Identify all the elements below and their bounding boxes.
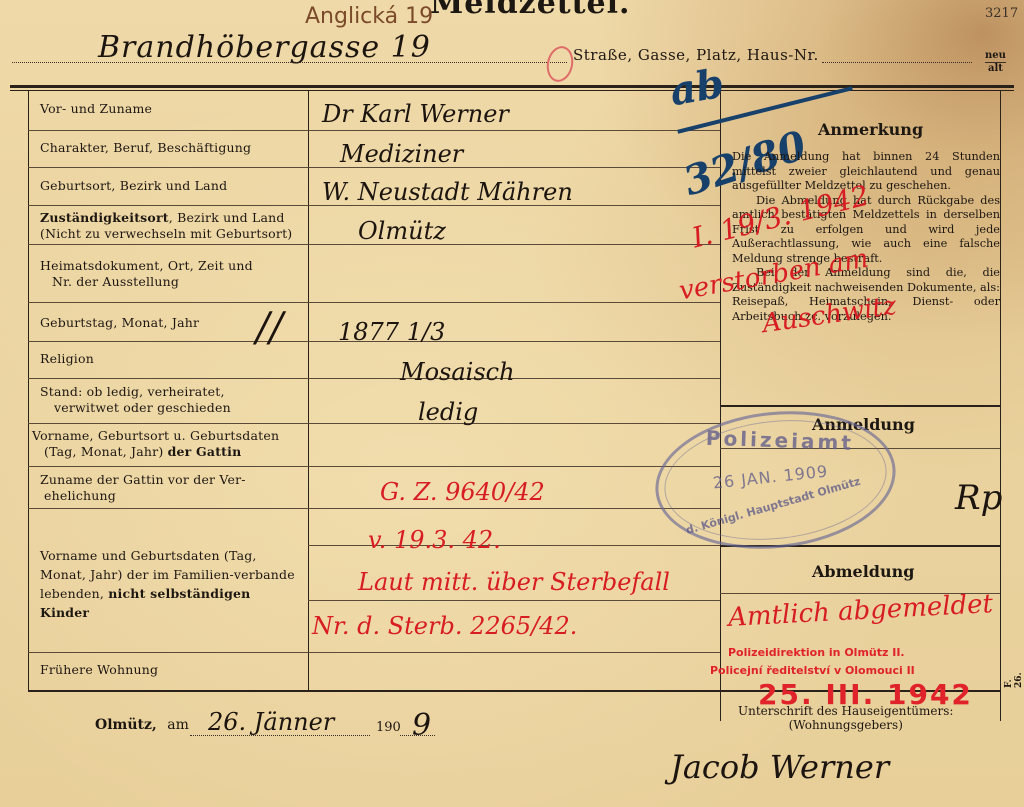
label-rest: , Bezirk und Land <box>169 210 285 225</box>
label-line1: Zuname der Gattin vor der Ver- <box>40 472 246 487</box>
footer-year-suffix: 9 <box>412 708 431 743</box>
abmeldung-title: Abmeldung <box>812 562 914 581</box>
signature-label-line2: (Wohnungsgebers) <box>738 718 953 732</box>
field-label-children: Vorname und Geburtsdaten (Tag, Monat, Ja… <box>40 546 302 622</box>
signature: Jacob Werner <box>670 748 889 786</box>
row-divider <box>28 508 720 509</box>
street-caption: Straße, Gasse, Platz, Haus-Nr. <box>573 46 819 64</box>
street-dotted-line <box>12 62 567 63</box>
footer-place: Olmütz, <box>95 717 157 733</box>
label-bold: Zuständigkeitsort <box>40 210 169 225</box>
field-label-birthplace: Geburtsort, Bezirk und Land <box>40 178 302 194</box>
red-note-death-notice: Laut mitt. über Sterbefall <box>358 568 670 596</box>
signature-label: Unterschrift des Hauseigentümers: (Wohnu… <box>738 704 953 732</box>
label-column-divider <box>308 91 309 691</box>
footer-year-prefix: 190 <box>376 720 401 735</box>
row-divider <box>308 600 720 601</box>
label-line2: verwitwet oder geschieden <box>40 400 231 415</box>
label-line2: (Tag, Monat, Jahr) <box>32 444 168 459</box>
value-birthplace: W. Neustadt Mähren <box>322 178 573 206</box>
field-label-religion: Religion <box>40 351 302 367</box>
field-label-previous-address: Frühere Wohnung <box>40 662 302 678</box>
top-border-thin <box>10 90 1014 91</box>
street-handwritten: Brandhöbergasse 19 <box>98 30 431 65</box>
row-divider <box>28 466 720 467</box>
field-label-home-document: Heimatsdokument, Ort, Zeit und Nr. der A… <box>40 258 302 290</box>
label-line1: Stand: ob ledig, verheiratet, <box>40 384 225 399</box>
anmerkung-title: Anmerkung <box>818 120 923 139</box>
right-border <box>1000 91 1001 721</box>
alt-label: alt <box>985 62 1006 75</box>
row-divider <box>28 130 720 131</box>
red-note-date: v. 19.3. 42. <box>368 526 501 554</box>
field-label-domicile: Zuständigkeitsort, Bezirk und Land (Nich… <box>40 210 302 242</box>
label-line2: (Nicht zu verwechseln mit Geburtsort) <box>40 226 292 241</box>
label-line2: ehelichung <box>40 488 116 503</box>
stamp-title: Polizeiamt <box>706 426 855 455</box>
red-note-death-number: Nr. d. Sterb. 2265/42. <box>312 612 577 640</box>
row-divider <box>28 378 720 379</box>
label-line2: Nr. der Ausstellung <box>40 274 179 289</box>
abmeldung-stamp-line2: Policejní ředitelství v Olomouci II <box>710 664 915 677</box>
field-label-occupation: Charakter, Beruf, Beschäftigung <box>40 140 302 156</box>
abmeldung-stamp-line1: Polizeidirektion in Olmütz II. <box>728 646 905 659</box>
blue-mark: ab <box>666 60 727 116</box>
anmeldung-top-rule <box>720 405 1000 407</box>
row-divider <box>28 423 720 424</box>
form-number: F. 26. <box>1004 668 1024 688</box>
field-label-name: Vor- und Zuname <box>40 101 302 117</box>
field-label-marital-status: Stand: ob ledig, verheiratet, verwitwet … <box>40 384 302 416</box>
value-religion: Mosaisch <box>400 358 515 386</box>
ditto-mark: // <box>256 305 283 351</box>
anmeldung-initials: Rp <box>955 478 1002 518</box>
field-label-wife: Vorname, Geburtsort u. Geburtsdaten (Tag… <box>32 428 307 460</box>
label-line1: Heimatsdokument, Ort, Zeit und <box>40 258 253 273</box>
signature-label-line1: Unterschrift des Hauseigentümers: <box>738 704 953 718</box>
row-divider <box>28 652 720 653</box>
value-occupation: Mediziner <box>340 140 463 168</box>
value-domicile: Olmütz <box>358 217 446 245</box>
value-marital-status: ledig <box>418 398 478 426</box>
footer-place-line: Olmütz, am <box>95 717 189 733</box>
top-border <box>10 85 1014 88</box>
street-dotted-line-2 <box>822 62 972 63</box>
red-note-reference: G. Z. 9640/42 <box>380 478 545 506</box>
label-bold: der Gattin <box>168 444 242 459</box>
left-border <box>28 91 29 691</box>
reference-number: 3217 <box>985 6 1018 21</box>
value-birthdate: 1877 1/3 <box>338 318 445 346</box>
form-title: Meldzettel. <box>430 0 630 21</box>
neu-label: neu <box>985 50 1006 62</box>
pencil-street-note: Anglická 19 <box>305 4 433 29</box>
value-name: Dr Karl Werner <box>322 100 509 128</box>
label-line1: Vorname, Geburtsort u. Geburtsdaten <box>32 428 279 443</box>
row-divider <box>28 302 720 303</box>
neu-alt-label: neu alt <box>985 50 1006 75</box>
field-label-wife-maiden-name: Zuname der Gattin vor der Ver- ehelichun… <box>40 472 302 504</box>
footer-date-handwritten: 26. Jänner <box>208 708 334 736</box>
footer-am: am <box>167 717 189 733</box>
